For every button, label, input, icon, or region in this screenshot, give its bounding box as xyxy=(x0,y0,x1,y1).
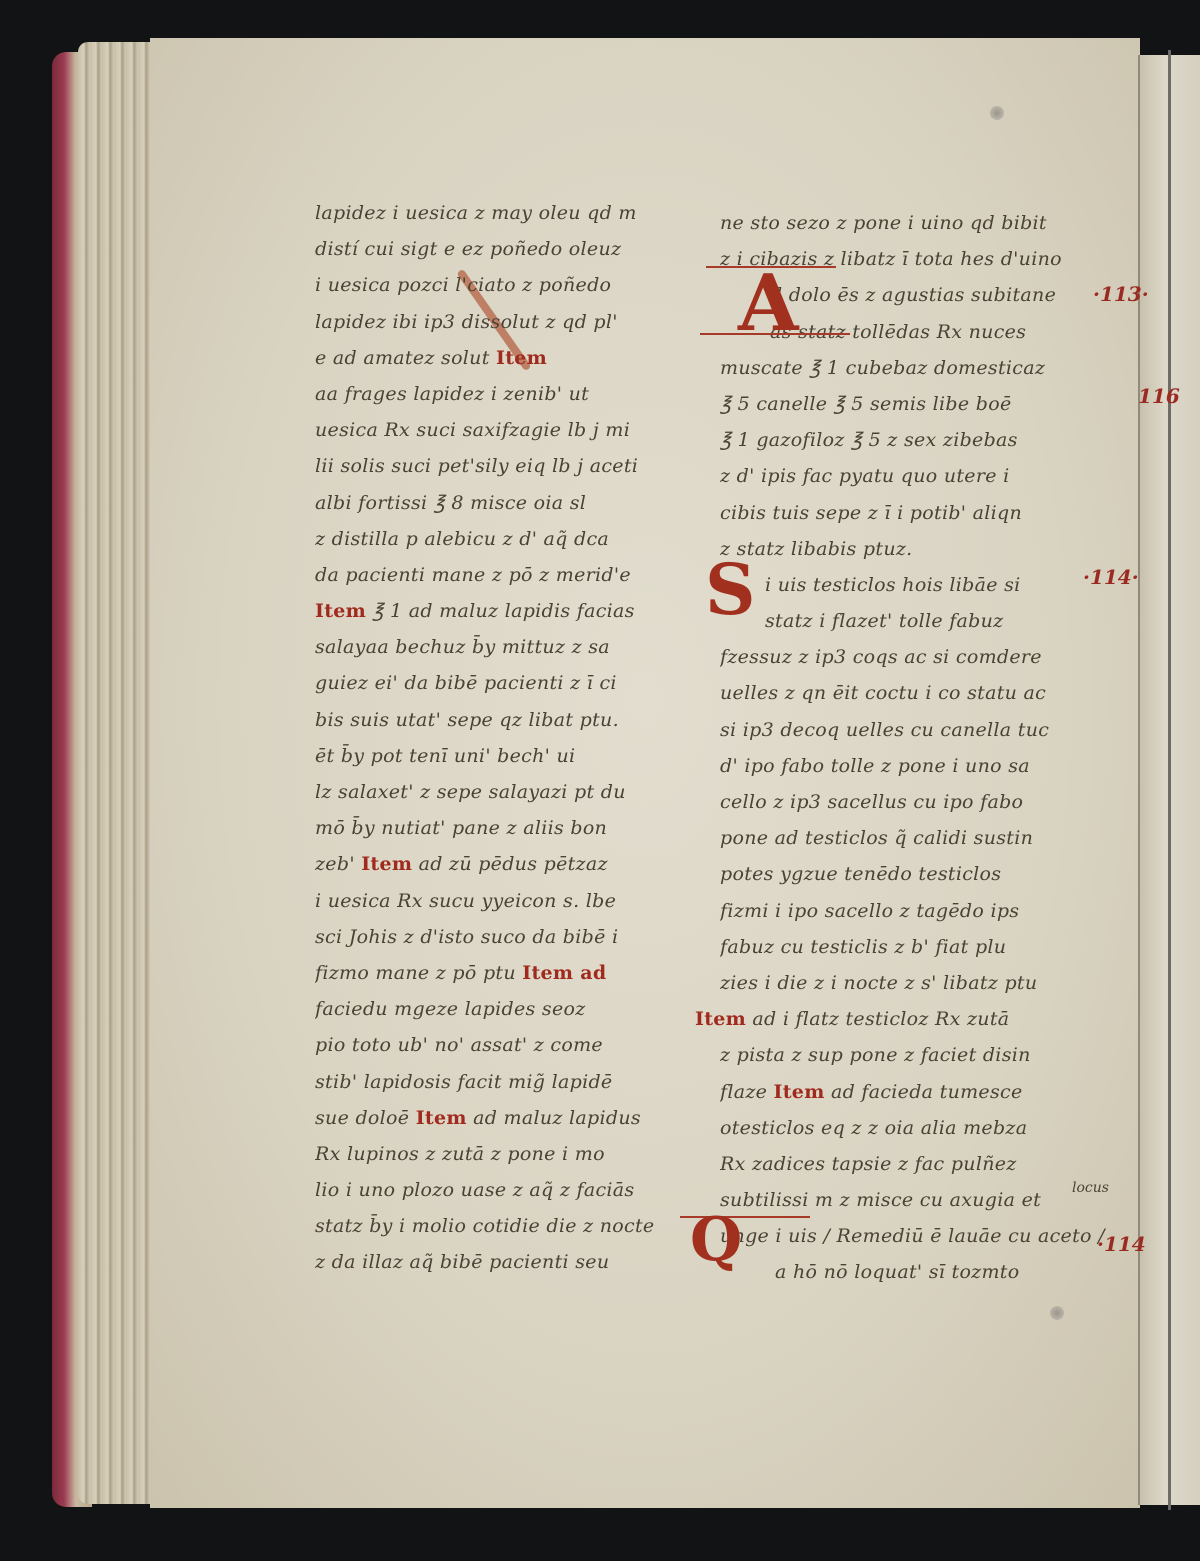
text-line: z da illaz aq̃ bibē pacienti seu xyxy=(315,1244,665,1280)
text-line: z pista z sup pone z faciet disin xyxy=(720,1037,1140,1073)
text-line: a hō nō loquat' sī tozmto xyxy=(720,1254,1140,1290)
text-line: i uis testiclos hois libāe si xyxy=(720,567,1140,603)
margin-number: ·114 xyxy=(1097,1232,1146,1256)
text-line: fizmo mane z pō ptu Item ad xyxy=(315,955,665,991)
text-line: statz i flazet' tolle fabuz xyxy=(720,603,1140,639)
text-line: ℥ 5 canelle ℥ 5 semis libe boē xyxy=(720,386,1140,422)
rubric-marker: Item xyxy=(361,853,412,875)
text-line: fizmi i ipo sacello z tagēdo ips xyxy=(720,893,1140,929)
decorated-initial-s: S xyxy=(705,555,756,625)
decorated-initial-q: Q xyxy=(690,1210,742,1270)
text-line: Item ad i flatz testicloz Rx zutā xyxy=(695,1001,1140,1037)
text-line: zies i die z i nocte z s' libatz ptu xyxy=(720,965,1140,1001)
text-line: unge i uis / Remediū ē lauāe cu aceto / xyxy=(720,1218,1140,1254)
page-gutter-line xyxy=(1168,50,1171,1510)
margin-number: ·114· xyxy=(1083,565,1139,589)
text-line: pio toto ub' no' assat' z come xyxy=(315,1027,665,1063)
text-line: salayaa bechuz b̄y mittuz z sa xyxy=(315,629,665,665)
text-line: fzessuz z ip3 coqs ac si comdere xyxy=(720,639,1140,675)
text-line: ℥ 1 gazofiloz ℥ 5 z sex zibebas xyxy=(720,422,1140,458)
text-line: albi fortissi ℥ 8 misce oia sl xyxy=(315,485,665,521)
text-line: distí cui sigt e ez poñedo oleuz xyxy=(315,231,665,267)
text-line: z statz libabis ptuz. xyxy=(720,531,1140,567)
margin-number: 116 xyxy=(1138,384,1180,408)
parchment-hole xyxy=(1050,1306,1064,1320)
right-text-column: ne sto sezo z pone i uino qd bibit z i c… xyxy=(720,205,1140,1291)
text-line: uelles z qn ēit coctu i co statu ac xyxy=(720,675,1140,711)
text-line: mō b̄y nutiat' pane z aliis bon xyxy=(315,810,665,846)
text-line: lio i uno plozo uase z aq̃ z faciās xyxy=(315,1172,665,1208)
text-line: i uesica Rx sucu yyeicon s. lbe xyxy=(315,883,665,919)
text-line: potes ygzue tenēdo testiclos xyxy=(720,856,1140,892)
text-line: zeb' Item ad zū pēdus pētzaz xyxy=(315,846,665,882)
text-line: cello z ip3 sacellus cu ipo fabo xyxy=(720,784,1140,820)
page-edges xyxy=(78,42,158,1504)
text-line: Rx lupinos z zutā z pone i mo xyxy=(315,1136,665,1172)
text-line: uesica Rx suci saxifzagie lb j mi xyxy=(315,412,665,448)
text-line: z distilla p alebicu z d' aq̃ dca xyxy=(315,521,665,557)
text-line: otesticlos eq z z oia alia mebza xyxy=(720,1110,1140,1146)
text-line: cibis tuis sepe z ī i potib' aliqn xyxy=(720,495,1140,531)
parchment-hole xyxy=(990,106,1004,120)
text-line: Item ℥ 1 ad maluz lapidis facias xyxy=(315,593,665,629)
rubric-marker: Item xyxy=(774,1081,825,1103)
text-line: flaze Item ad facieda tumesce xyxy=(720,1074,1140,1110)
text-line: lapidez i uesica z may oleu qd m xyxy=(315,195,665,231)
rubric-marker: Item xyxy=(315,600,366,622)
rubric-marker: Item xyxy=(496,347,547,369)
text-line: sue doloē Item ad maluz lapidus xyxy=(315,1100,665,1136)
text-line: fabuz cu testiclis z b' fiat plu xyxy=(720,929,1140,965)
rubric-marker: Item xyxy=(416,1107,467,1129)
text-line: statz b̄y i molio cotidie die z nocte xyxy=(315,1208,665,1244)
text-line: lapidez ibi ip3 dissolut z qd pl' xyxy=(315,304,665,340)
interlinear-gloss: locus xyxy=(1072,1180,1109,1196)
text-line: si ip3 decoq uelles cu canella tuc xyxy=(720,712,1140,748)
text-line: stib' lapidosis facit mig̃ lapidē xyxy=(315,1064,665,1100)
left-text-column: lapidez i uesica z may oleu qd m distí c… xyxy=(315,195,665,1281)
text-line: muscate ℥ 1 cubebaz domesticaz xyxy=(720,350,1140,386)
text-line: z d' ipis fac pyatu quo utere i xyxy=(720,458,1140,494)
text-line: da pacienti mane z pō z merid'e xyxy=(315,557,665,593)
text-line: lii solis suci pet'sily eiq lb j aceti xyxy=(315,448,665,484)
text-line: lz salaxet' z sepe salayazi pt du xyxy=(315,774,665,810)
text-line: sci Johis z d'isto suco da bibē i xyxy=(315,919,665,955)
text-line: d' ipo fabo tolle z pone i uno sa xyxy=(720,748,1140,784)
text-line: Rx zadices tapsie z fac pulñez xyxy=(720,1146,1140,1182)
text-line: ēt b̄y pot tenī uni' bech' ui xyxy=(315,738,665,774)
text-line: ne sto sezo z pone i uino qd bibit xyxy=(720,205,1140,241)
text-line: e ad amatez solut Item xyxy=(315,340,665,376)
text-line: bis suis utat' sepe qz libat ptu. xyxy=(315,702,665,738)
text-line: pone ad testiclos q̃ calidi sustin xyxy=(720,820,1140,856)
rubric-marker: Item ad xyxy=(522,962,606,984)
decorated-initial-a: A xyxy=(738,265,799,343)
text-line: i uesica pozci l'ciato z poñedo xyxy=(315,267,665,303)
text-line: faciedu mgeze lapides seoz xyxy=(315,991,665,1027)
margin-number: ·113· xyxy=(1093,282,1149,306)
text-line: guiez ei' da bibē pacienti z ī ci xyxy=(315,665,665,701)
text-line: aa frages lapidez i zenib' ut xyxy=(315,376,665,412)
rubric-marker: Item xyxy=(695,1008,746,1030)
